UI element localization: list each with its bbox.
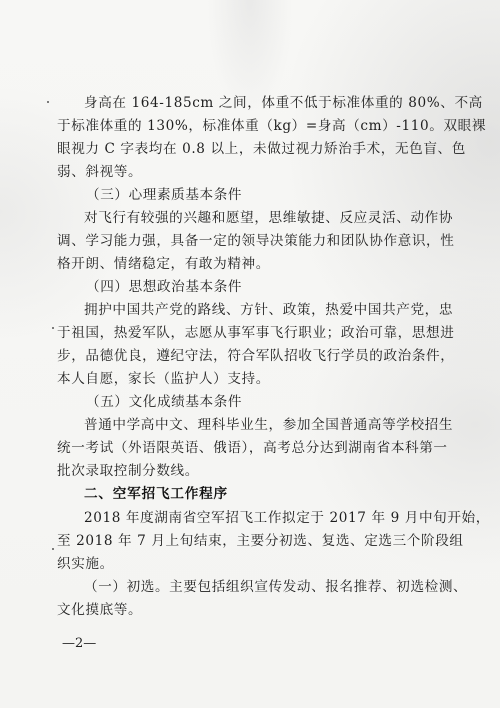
text-line: 调、学习能力强，具备一定的领导决策能力和团队协作意识，性	[57, 230, 429, 253]
text-line: 文化摸底等。	[57, 599, 429, 622]
paragraph-physical-conditions: 身高在 164-185cm 之间，体重不低于标准体重的 80%、不高 于标准体重…	[57, 92, 429, 184]
page-number: —2—	[62, 636, 96, 651]
text-line: 本人自愿，家长（监护人）支持。	[57, 368, 429, 391]
paragraph-psychological: 对飞行有较强的兴趣和愿望，思维敏捷、反应灵活、动作协 调、学习能力强，具备一定的…	[57, 207, 429, 276]
paragraph-preliminary-selection: （一）初选。主要包括组织宣传发动、报名推荐、初选检测、 文化摸底等。	[57, 576, 429, 622]
subheading-academic: （五）文化成绩基本条件	[57, 391, 429, 414]
text-line: 统一考试（外语限英语、俄语），高考总分达到湖南省本科第一	[57, 437, 429, 460]
scan-speck	[52, 327, 54, 329]
text-line: 格开朗、情绪稳定，有敢为精神。	[57, 253, 429, 276]
text-line: 批次录取控制分数线。	[57, 460, 429, 483]
text-line: 步，品德优良，遵纪守法，符合军队招收飞行学员的政治条件，	[57, 345, 429, 368]
text-line: （一）初选。主要包括组织宣传发动、报名推荐、初选检测、	[57, 576, 429, 599]
subheading-psychological: （三）心理素质基本条件	[57, 184, 429, 207]
text-line: 于祖国，热爱军队，志愿从事军事飞行职业；政治可靠，思想进	[57, 322, 429, 345]
paragraph-procedure: 2018 年度湖南省空军招飞工作拟定于 2017 年 9 月中旬开始， 至 20…	[57, 507, 429, 576]
paragraph-academic: 普通中学高中文、理科毕业生，参加全国普通高等学校招生 统一考试（外语限英语、俄语…	[57, 414, 429, 483]
text-line: 至 2018 年 7 月上旬结束，主要分初选、复选、定选三个阶段组	[57, 530, 429, 553]
paragraph-political: 拥护中国共产党的路线、方针、政策，热爱中国共产党，忠 于祖国，热爱军队，志愿从事…	[57, 299, 429, 391]
text-line: 拥护中国共产党的路线、方针、政策，热爱中国共产党，忠	[57, 299, 429, 322]
text-line: 于标准体重的 130%，标准体重（kg）=身高（cm）-110。双眼裸	[57, 115, 429, 138]
text-line: 2018 年度湖南省空军招飞工作拟定于 2017 年 9 月中旬开始，	[57, 507, 429, 530]
text-line: 身高在 164-185cm 之间，体重不低于标准体重的 80%、不高	[57, 92, 429, 115]
scanned-page: 身高在 164-185cm 之间，体重不低于标准体重的 80%、不高 于标准体重…	[0, 0, 500, 708]
scan-speck	[47, 101, 49, 103]
section-heading-procedure: 二、空军招飞工作程序	[57, 483, 429, 507]
document-body: 身高在 164-185cm 之间，体重不低于标准体重的 80%、不高 于标准体重…	[57, 92, 429, 622]
text-line: 对飞行有较强的兴趣和愿望，思维敏捷、反应灵活、动作协	[57, 207, 429, 230]
text-line: 弱、斜视等。	[57, 161, 429, 184]
text-line: 普通中学高中文、理科毕业生，参加全国普通高等学校招生	[57, 414, 429, 437]
text-line: 眼视力 C 字表均在 0.8 以上，未做过视力矫治手术，无色盲、色	[57, 138, 429, 161]
scan-speck	[52, 548, 54, 550]
subheading-political: （四）思想政治基本条件	[57, 276, 429, 299]
text-line: 织实施。	[57, 553, 429, 576]
